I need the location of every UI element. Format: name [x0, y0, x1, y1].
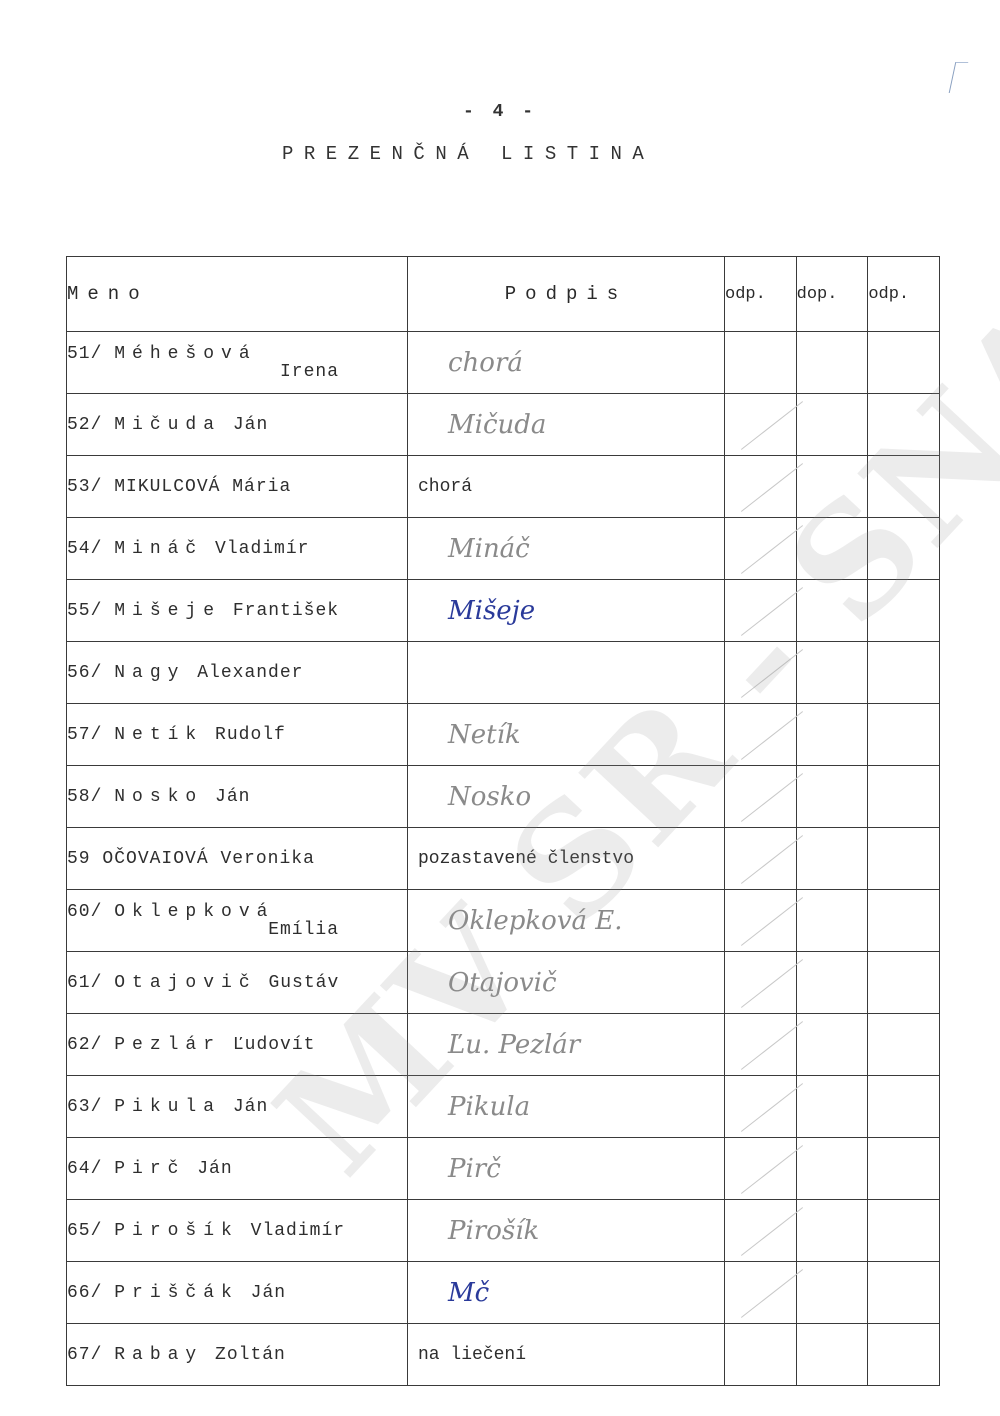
row-number: 66/: [67, 1283, 102, 1303]
checkbox-cell-odp-1: [725, 766, 797, 828]
row-number: 58/: [67, 787, 102, 807]
checkbox-cell-dop: [796, 1014, 868, 1076]
checkbox-cell-odp-1: [725, 952, 797, 1014]
handwritten-signature: Ľu. Pezlár: [408, 1030, 580, 1060]
row-number: 51/: [67, 344, 102, 364]
checkbox-cell-odp-1: [725, 332, 797, 394]
checkbox-cell-odp-2: [868, 332, 940, 394]
checkbox-cell-dop: [796, 952, 868, 1014]
member-name-cell: 52/ Mičuda Ján: [67, 394, 408, 456]
corner-pen-mark: [949, 62, 969, 93]
signature-cell: chorá: [408, 332, 725, 394]
member-name-cell: 51/ Méhešová Irena: [67, 332, 408, 394]
member-surname: Priščák: [114, 1283, 239, 1303]
page-title: PREZENČNÁ LISTINA: [282, 143, 654, 165]
table-header-row: Meno Podpis odp. dop. odp.: [67, 257, 940, 332]
checkbox-cell-odp-1: [725, 1014, 797, 1076]
page-number: - 4 -: [0, 102, 1000, 122]
checkbox-cell-dop: [796, 1262, 868, 1324]
row-number: 62/: [67, 1035, 102, 1055]
checkbox-cell-odp-1: [725, 518, 797, 580]
handwritten-signature: Netík: [408, 720, 521, 750]
table-row: 55/ Mišeje FrantišekMišeje: [67, 580, 940, 642]
signature-cell: [408, 642, 725, 704]
checkbox-cell-odp-2: [868, 456, 940, 518]
table-row: 62/ Pezlár ĽudovítĽu. Pezlár: [67, 1014, 940, 1076]
checkbox-cell-dop: [796, 1200, 868, 1262]
handwritten-signature: Otajovič: [408, 968, 557, 998]
member-first-name: Alexander: [197, 663, 303, 683]
member-surname: Pirč: [114, 1159, 185, 1179]
signature-cell: Nosko: [408, 766, 725, 828]
column-header-odp-1: odp.: [725, 257, 797, 332]
checkbox-cell-odp-1: [725, 890, 797, 952]
row-number: 61/: [67, 973, 102, 993]
signature-cell: Otajovič: [408, 952, 725, 1014]
checkbox-cell-dop: [796, 704, 868, 766]
signature-cell: Netík: [408, 704, 725, 766]
row-number: 55/: [67, 601, 102, 621]
handwritten-signature: Pirošík: [408, 1216, 539, 1246]
checkbox-cell-odp-2: [868, 828, 940, 890]
member-surname: Oklepková: [114, 902, 274, 922]
member-name-cell: 55/ Mišeje František: [67, 580, 408, 642]
handwritten-signature: Mičuda: [408, 410, 546, 440]
handwritten-signature: Mišeje: [408, 596, 535, 626]
member-first-name: Gustáv: [268, 973, 339, 993]
checkbox-cell-dop: [796, 1138, 868, 1200]
handwritten-signature: Mč: [408, 1278, 489, 1308]
table-row: 52/ Mičuda JánMičuda: [67, 394, 940, 456]
checkbox-cell-odp-2: [868, 1138, 940, 1200]
checkbox-cell-odp-2: [868, 1200, 940, 1262]
checkbox-cell-dop: [796, 642, 868, 704]
signature-cell: na liečení: [408, 1324, 725, 1386]
checkbox-cell-odp-1: [725, 1138, 797, 1200]
member-surname: Nagy: [114, 663, 185, 683]
handwritten-signature: Nosko: [408, 782, 531, 812]
handwritten-signature: chorá: [408, 348, 523, 378]
checkbox-cell-odp-2: [868, 394, 940, 456]
member-name-cell: 61/ Otajovič Gustáv: [67, 952, 408, 1014]
member-first-name: Ján: [215, 787, 250, 807]
signature-cell: Pikula: [408, 1076, 725, 1138]
member-first-name: František: [233, 601, 339, 621]
member-surname: Nosko: [114, 787, 203, 807]
checkbox-cell-odp-2: [868, 952, 940, 1014]
member-surname: Mináč: [114, 539, 203, 559]
member-surname: Pikula: [114, 1097, 221, 1117]
checkbox-cell-dop: [796, 580, 868, 642]
member-first-name: Ján: [251, 1283, 286, 1303]
member-surname: Méhešová: [114, 344, 256, 364]
checkbox-cell-odp-1: [725, 1262, 797, 1324]
table-row: 64/ Pirč JánPirč: [67, 1138, 940, 1200]
handwritten-signature: Pikula: [408, 1092, 530, 1122]
checkbox-cell-odp-1: [725, 642, 797, 704]
member-first-name: Ľudovít: [233, 1035, 316, 1055]
column-header-meno: Meno: [67, 257, 408, 332]
checkbox-cell-odp-2: [868, 1076, 940, 1138]
table-row: 63/ Pikula JánPikula: [67, 1076, 940, 1138]
member-first-name: Ján: [233, 1097, 268, 1117]
checkbox-cell-odp-1: [725, 1076, 797, 1138]
member-surname: Netík: [114, 725, 203, 745]
table-row: 57/ Netík RudolfNetík: [67, 704, 940, 766]
signature-cell: Pirč: [408, 1138, 725, 1200]
checkbox-cell-odp-1: [725, 1324, 797, 1386]
checkbox-cell-odp-2: [868, 580, 940, 642]
member-name-cell: 59 OČOVAIOVÁ Veronika: [67, 828, 408, 890]
table-row: 67/ Rabay Zoltánna liečení: [67, 1324, 940, 1386]
signature-cell: Pirošík: [408, 1200, 725, 1262]
member-first-name: Veronika: [220, 849, 314, 869]
signature-cell: Ľu. Pezlár: [408, 1014, 725, 1076]
member-surname: Mičuda: [114, 415, 221, 435]
column-header-podpis: Podpis: [408, 257, 725, 332]
member-first-name: Ján: [233, 415, 268, 435]
row-number: 54/: [67, 539, 102, 559]
signature-cell: Mišeje: [408, 580, 725, 642]
signature-cell: Mináč: [408, 518, 725, 580]
table-row: 54/ Mináč VladimírMináč: [67, 518, 940, 580]
member-surname: Mišeje: [114, 601, 221, 621]
table-row: 65/ Pirošík VladimírPirošík: [67, 1200, 940, 1262]
member-name-cell: 57/ Netík Rudolf: [67, 704, 408, 766]
row-number: 65/: [67, 1221, 102, 1241]
member-name-cell: 54/ Mináč Vladimír: [67, 518, 408, 580]
typed-note: pozastavené členstvo: [408, 849, 634, 869]
row-number: 63/: [67, 1097, 102, 1117]
member-name-cell: 64/ Pirč Ján: [67, 1138, 408, 1200]
checkbox-cell-odp-1: [725, 580, 797, 642]
checkbox-cell-odp-2: [868, 642, 940, 704]
checkbox-cell-odp-1: [725, 456, 797, 518]
member-first-name: Mária: [232, 477, 291, 497]
member-surname: Otajovič: [114, 973, 256, 993]
handwritten-signature: Mináč: [408, 534, 530, 564]
member-name-cell: 60/ Oklepková Emília: [67, 890, 408, 952]
member-name-cell: 65/ Pirošík Vladimír: [67, 1200, 408, 1262]
checkbox-cell-dop: [796, 766, 868, 828]
table-row: 51/ Méhešová Irenachorá: [67, 332, 940, 394]
checkbox-cell-odp-2: [868, 1324, 940, 1386]
checkbox-cell-dop: [796, 890, 868, 952]
table-row: 56/ Nagy Alexander: [67, 642, 940, 704]
checkbox-cell-dop: [796, 518, 868, 580]
checkbox-cell-odp-2: [868, 1262, 940, 1324]
checkbox-cell-odp-2: [868, 704, 940, 766]
signature-cell: pozastavené členstvo: [408, 828, 725, 890]
member-surname: Rabay: [114, 1345, 203, 1365]
checkbox-cell-odp-1: [725, 394, 797, 456]
member-first-name: Zoltán: [215, 1345, 286, 1365]
member-first-name: Emília: [67, 920, 407, 940]
row-number: 67/: [67, 1345, 102, 1365]
member-first-name: Rudolf: [215, 725, 286, 745]
row-number: 57/: [67, 725, 102, 745]
checkbox-cell-dop: [796, 332, 868, 394]
checkbox-cell-odp-2: [868, 1014, 940, 1076]
member-surname: Pezlár: [114, 1035, 221, 1055]
checkbox-cell-odp-2: [868, 766, 940, 828]
checkbox-cell-odp-2: [868, 518, 940, 580]
checkbox-cell-odp-1: [725, 1200, 797, 1262]
member-first-name: Irena: [67, 362, 407, 382]
checkbox-cell-dop: [796, 456, 868, 518]
column-header-odp-2: odp.: [868, 257, 940, 332]
table-row: 60/ Oklepková EmíliaOklepková E.: [67, 890, 940, 952]
signature-cell: chorá: [408, 456, 725, 518]
table-row: 66/ Priščák JánMč: [67, 1262, 940, 1324]
member-name-cell: 63/ Pikula Ján: [67, 1076, 408, 1138]
row-number: 53/: [67, 477, 102, 497]
signature-cell: Mč: [408, 1262, 725, 1324]
handwritten-signature: Pirč: [408, 1154, 501, 1184]
member-first-name: Ján: [197, 1159, 232, 1179]
row-number: 60/: [67, 902, 102, 922]
table-row: 58/ Nosko JánNosko: [67, 766, 940, 828]
member-name-cell: 58/ Nosko Ján: [67, 766, 408, 828]
row-number: 64/: [67, 1159, 102, 1179]
attendance-table: Meno Podpis odp. dop. odp. 51/ Méhešová …: [66, 256, 940, 1386]
member-surname: MIKULCOVÁ: [114, 477, 220, 497]
column-header-dop: dop.: [796, 257, 868, 332]
handwritten-signature: Oklepková E.: [408, 906, 623, 936]
signature-cell: Oklepková E.: [408, 890, 725, 952]
checkbox-cell-odp-1: [725, 828, 797, 890]
member-name-cell: 56/ Nagy Alexander: [67, 642, 408, 704]
member-name-cell: 67/ Rabay Zoltán: [67, 1324, 408, 1386]
member-name-cell: 53/ MIKULCOVÁ Mária: [67, 456, 408, 518]
checkbox-cell-dop: [796, 828, 868, 890]
member-first-name: Vladimír: [251, 1221, 345, 1241]
member-name-cell: 62/ Pezlár Ľudovít: [67, 1014, 408, 1076]
checkbox-cell-dop: [796, 1324, 868, 1386]
member-name-cell: 66/ Priščák Ján: [67, 1262, 408, 1324]
handwritten-signature: [408, 658, 448, 688]
checkbox-cell-dop: [796, 394, 868, 456]
checkbox-cell-odp-2: [868, 890, 940, 952]
row-number: 56/: [67, 663, 102, 683]
typed-note: na liečení: [408, 1345, 526, 1365]
checkbox-cell-odp-1: [725, 704, 797, 766]
member-first-name: Vladimír: [215, 539, 309, 559]
row-number: 59: [67, 849, 91, 869]
member-surname: OČOVAIOVÁ: [102, 849, 208, 869]
table-row: 53/ MIKULCOVÁ Máriachorá: [67, 456, 940, 518]
typed-note: chorá: [408, 477, 472, 497]
table-row: 59 OČOVAIOVÁ Veronikapozastavené členstv…: [67, 828, 940, 890]
table-row: 61/ Otajovič GustávOtajovič: [67, 952, 940, 1014]
checkbox-cell-dop: [796, 1076, 868, 1138]
signature-cell: Mičuda: [408, 394, 725, 456]
table-body: 51/ Méhešová Irenachorá52/ Mičuda JánMič…: [67, 332, 940, 1386]
member-surname: Pirošík: [114, 1221, 239, 1241]
row-number: 52/: [67, 415, 102, 435]
